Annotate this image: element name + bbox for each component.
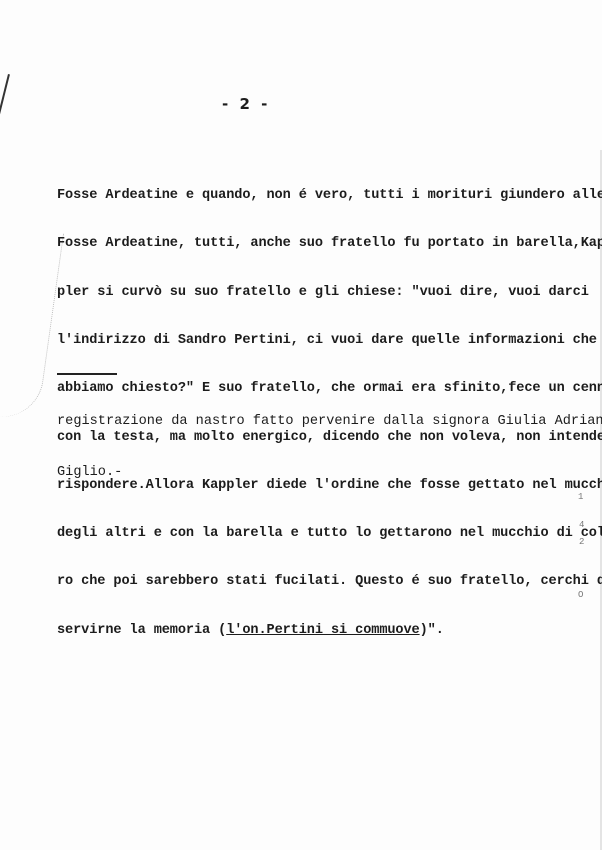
body-line: Fosse Ardeatine e quando, non é vero, tu… [57,188,587,204]
margin-mark: 4 [579,520,584,530]
body-line: ro che poi sarebbero stati fucilati. Que… [57,574,587,590]
margin-mark: 2 [579,537,584,547]
footnote-line: Giglio.- [57,464,602,481]
document-page: - 2 - Fosse Ardeatine e quando, non é ve… [0,0,602,850]
body-line: l'indirizzo di Sandro Pertini, ci vuoi d… [57,333,587,349]
underlined-note: l'on.Pertini si commuove [226,623,419,638]
body-last-line: servirne la memoria (l'on.Pertini si com… [57,623,587,639]
body-line: Fosse Ardeatine, tutti, anche suo fratel… [57,236,587,252]
body-line: degli altri e con la barella e tutto lo … [57,526,587,542]
margin-mark: 1 [578,492,583,502]
pen-mark [0,74,9,121]
last-line-start: servirne la memoria ( [57,623,226,638]
last-line-end: )". [420,623,444,638]
footnote-rule [57,373,117,375]
footnote: registrazione da nastro fatto pervenire … [57,379,602,515]
footnote-line: registrazione da nastro fatto pervenire … [57,413,602,430]
faint-scan-artifact [0,228,64,422]
page-number: - 2 - [222,95,270,113]
margin-mark: O [578,590,583,600]
body-line: pler si curvò su suo fratello e gli chie… [57,285,587,301]
